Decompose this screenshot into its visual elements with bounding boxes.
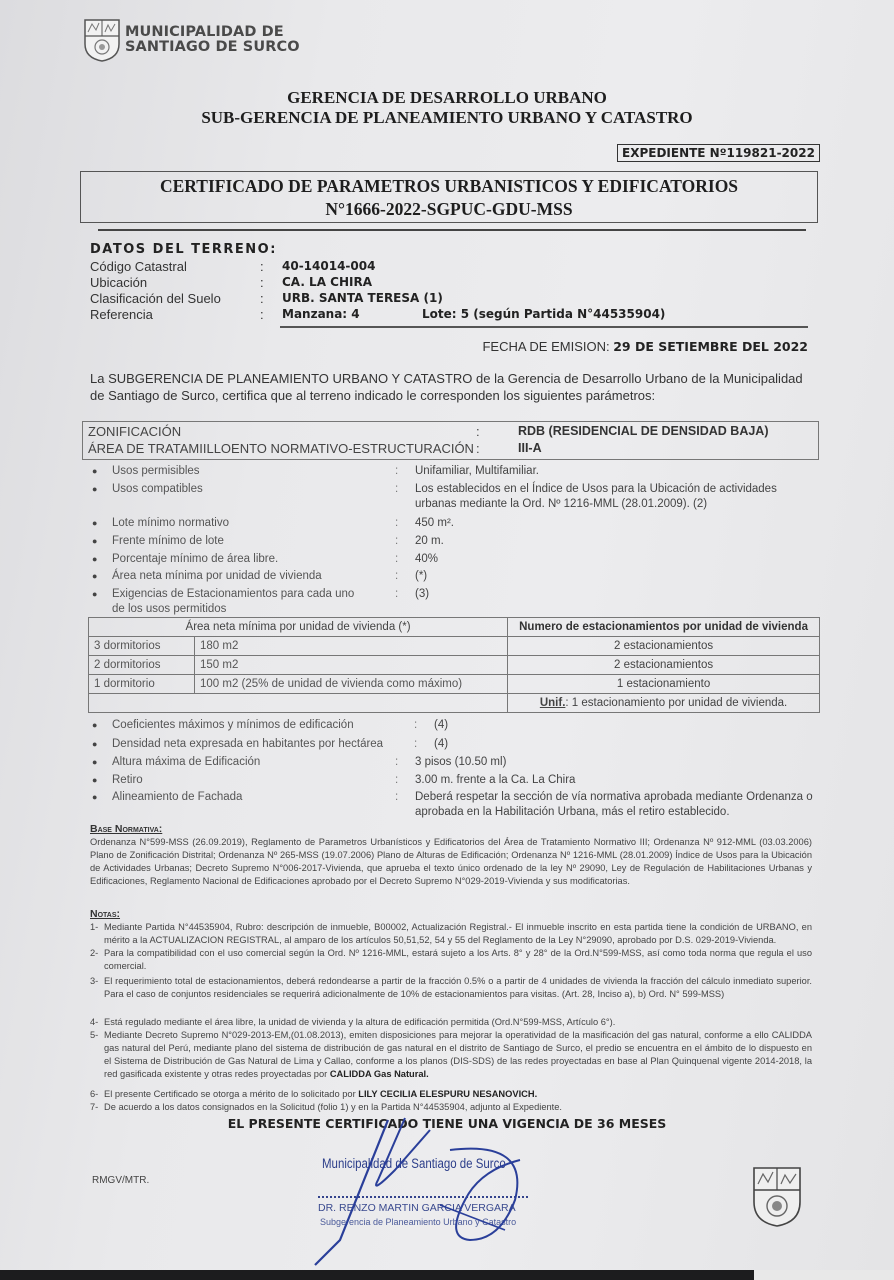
nota-text: Está regulado mediante el área libre, la… xyxy=(104,1016,812,1029)
param-value: 3 pisos (10.50 ml) xyxy=(415,755,815,770)
param-label: Área neta mínima por unidad de vivienda xyxy=(112,569,395,584)
param-row: ●Retiro:3.00 m. frente a la Ca. La Chira xyxy=(92,773,815,788)
param-label: Coeficientes máximos y mínimos de edific… xyxy=(112,718,414,733)
unif-text: : 1 estacionamiento por unidad de vivien… xyxy=(565,697,787,709)
param-label: Densidad neta expresada en habitantes po… xyxy=(112,737,414,752)
table-cell-est: 2 estacionamientos xyxy=(508,637,820,656)
table-header-estacionamientos: Numero de estacionamientos por unidad de… xyxy=(508,618,820,637)
param-label: Alineamiento de Fachada xyxy=(112,790,395,820)
nota-number: 6- xyxy=(90,1088,104,1101)
nota-item: 2- Para la compatibilidad con el uso com… xyxy=(90,947,812,973)
nota-item: 4- Está regulado mediante el área libre,… xyxy=(90,1016,812,1029)
nota-item: 6- El presente Certificado se otorga a m… xyxy=(90,1088,812,1101)
certificate-number: N°1666-2022-SGPUC-GDU-MSS xyxy=(80,199,818,220)
nota-text: Para la compatibilidad con el uso comerc… xyxy=(104,947,812,973)
field-value: 40-14014-004 xyxy=(282,259,375,274)
gerencia-heading: GERENCIA DE DESARROLLO URBANO xyxy=(0,88,894,108)
table-header-area: Área neta mínima por unidad de vivienda … xyxy=(89,618,508,637)
param-row: ●Alineamiento de Fachada:Deberá respetar… xyxy=(92,790,825,820)
intro-paragraph: La SUBGERENCIA DE PLANEAMIENTO URBANO Y … xyxy=(90,370,810,404)
param-label: Altura máxima de Edificación xyxy=(112,755,395,770)
table-cell-est: 1 estacionamiento xyxy=(508,675,820,694)
initials: RMGV/MTR. xyxy=(92,1175,149,1186)
table-row-unifamiliar: Unif.: 1 estacionamiento por unidad de v… xyxy=(89,694,820,713)
coat-of-arms-icon xyxy=(752,1166,802,1228)
nota-number: 2- xyxy=(90,947,104,973)
param-value: 20 m. xyxy=(415,534,815,549)
param-value: Unifamiliar, Multifamiliar. xyxy=(415,464,815,479)
nota-item: 3- El requerimiento total de estacionami… xyxy=(90,975,812,1001)
table-cell-area: 180 m2 xyxy=(195,637,508,656)
field-label: Referencia xyxy=(90,307,260,322)
param-row: ●Usos compatibles:Los establecidos en el… xyxy=(92,482,815,512)
param-label: Porcentaje mínimo de área libre. xyxy=(112,552,395,567)
table-cell-area: 100 m2 (25% de unidad de vivienda como m… xyxy=(195,675,508,694)
nota-text: El requerimiento total de estacionamient… xyxy=(104,975,812,1001)
field-label: Ubicación xyxy=(90,275,260,290)
nota-text: Mediante Decreto Supremo N°029-2013-EM,(… xyxy=(104,1030,812,1079)
param-row: ●Frente mínimo de lote:20 m. xyxy=(92,534,815,549)
fecha-label: FECHA DE EMISION: xyxy=(482,339,609,354)
area-tratamiento-row: ÁREA DE TRATAMIILLOENTO NORMATIVO-ESTRUC… xyxy=(88,441,542,456)
nota-bold: CALIDDA Gas Natural. xyxy=(330,1069,429,1079)
param-value: 450 m². xyxy=(415,516,815,531)
base-normativa-text: Ordenanza N°599-MSS (26.09.2019), Reglam… xyxy=(90,836,812,888)
param-row: ●Lote mínimo normativo:450 m². xyxy=(92,516,815,531)
estacionamientos-table: Área neta mínima por unidad de vivienda … xyxy=(88,617,820,713)
fecha-emision: FECHA DE EMISION: 29 DE SETIEMBRE DEL 20… xyxy=(482,339,808,354)
handwritten-signature-icon xyxy=(300,1110,560,1270)
table-cell-tipo: 3 dormitorios xyxy=(89,637,195,656)
table-cell-tipo: 2 dormitorios xyxy=(89,656,195,675)
nota-item: 1- Mediante Partida N°44535904, Rubro: d… xyxy=(90,921,812,947)
zonificacion-row: ZONIFICACIÓN : RDB (RESIDENCIAL DE DENSI… xyxy=(88,424,768,439)
param-value: 3.00 m. frente a la Ca. La Chira xyxy=(415,773,815,788)
divider xyxy=(98,229,806,231)
param-value: (4) xyxy=(434,718,834,733)
municipality-name-line1: MUNICIPALIDAD DE xyxy=(125,25,300,40)
nota-item: 5- Mediante Decreto Supremo N°029-2013-E… xyxy=(90,1029,812,1081)
terreno-row-referencia: Referencia : Manzana: 4 Lote: 5 (según P… xyxy=(90,307,665,322)
nota-number: 4- xyxy=(90,1016,104,1029)
zonificacion-label: ZONIFICACIÓN xyxy=(88,424,476,439)
param-label: Frente mínimo de lote xyxy=(112,534,395,549)
nota-number: 1- xyxy=(90,921,104,947)
terreno-row-codigo: Código Catastral : 40-14014-004 xyxy=(90,259,375,274)
nota-bold: LILY CECILIA ELESPURU NESANOVICH. xyxy=(358,1089,537,1099)
municipality-logo: MUNICIPALIDAD DE SANTIAGO DE SURCO xyxy=(83,18,300,62)
param-row: ●Coeficientes máximos y mínimos de edifi… xyxy=(92,718,834,733)
nota-number: 5- xyxy=(90,1029,104,1081)
photo-background-edge xyxy=(0,1270,894,1280)
fecha-value: 29 DE SETIEMBRE DEL 2022 xyxy=(613,339,808,354)
table-row: 3 dormitorios 180 m2 2 estacionamientos xyxy=(89,637,820,656)
param-value: 40% xyxy=(415,552,815,567)
zonificacion-value: RDB (RESIDENCIAL DE DENSIDAD BAJA) xyxy=(518,424,768,439)
table-cell-unif: Unif.: 1 estacionamiento por unidad de v… xyxy=(508,694,820,713)
param-row: ●Área neta mínima por unidad de vivienda… xyxy=(92,569,815,584)
param-row: ●Altura máxima de Edificación:3 pisos (1… xyxy=(92,755,815,770)
terreno-row-ubicacion: Ubicación : CA. LA CHIRA xyxy=(90,275,372,290)
nota-text: El presente Certificado se otorga a méri… xyxy=(104,1089,356,1099)
param-row: ●Densidad neta expresada en habitantes p… xyxy=(92,737,834,752)
municipality-name-line2: SANTIAGO DE SURCO xyxy=(125,40,300,55)
unif-label: Unif. xyxy=(540,697,566,709)
field-value: URB. SANTA TERESA (1) xyxy=(282,291,443,306)
param-value: Deberá respetar la sección de vía normat… xyxy=(415,790,825,820)
field-value-lote: Lote: 5 (según Partida N°44535904) xyxy=(422,307,665,322)
nota-text: Mediante Partida N°44535904, Rubro: desc… xyxy=(104,921,812,947)
param-label: Retiro xyxy=(112,773,395,788)
expediente-number: EXPEDIENTE Nº119821-2022 xyxy=(617,144,820,162)
nota-number: 7- xyxy=(90,1101,104,1114)
table-cell-est: 2 estacionamientos xyxy=(508,656,820,675)
field-label: Clasificación del Suelo xyxy=(90,291,260,306)
terreno-row-clasificacion: Clasificación del Suelo : URB. SANTA TER… xyxy=(90,291,443,306)
param-value: (4) xyxy=(434,737,834,752)
table-cell-area: 150 m2 xyxy=(195,656,508,675)
param-label: Usos permisibles xyxy=(112,464,395,479)
table-row: 2 dormitorios 150 m2 2 estacionamientos xyxy=(89,656,820,675)
certificate-title: CERTIFICADO DE PARAMETROS URBANISTICOS Y… xyxy=(80,176,818,197)
base-normativa-title: Base Normativa: xyxy=(90,823,162,835)
nota-number: 3- xyxy=(90,975,104,1001)
param-value: (*) xyxy=(415,569,815,584)
param-label: Exigencias de Estacionamientos para cada… xyxy=(112,587,362,617)
field-value-manzana: Manzana: 4 xyxy=(282,307,422,322)
area-tratamiento-value: III-A xyxy=(518,441,542,456)
field-label: Código Catastral xyxy=(90,259,260,274)
param-row: ●Exigencias de Estacionamientos para cad… xyxy=(92,587,815,617)
param-row: ●Usos permisibles:Unifamiliar, Multifami… xyxy=(92,464,815,479)
subgerencia-heading: SUB-GERENCIA DE PLANEAMIENTO URBANO Y CA… xyxy=(0,108,894,128)
terreno-section-title: DATOS DEL TERRENO: xyxy=(90,242,277,257)
param-value: (3) xyxy=(415,587,815,617)
table-header-row: Área neta mínima por unidad de vivienda … xyxy=(89,618,820,637)
table-cell-tipo: 1 dormitorio xyxy=(89,675,195,694)
param-label: Lote mínimo normativo xyxy=(112,516,395,531)
field-value: CA. LA CHIRA xyxy=(282,275,372,290)
coat-of-arms-icon xyxy=(83,18,121,62)
param-label: Usos compatibles xyxy=(112,482,395,512)
table-row: 1 dormitorio 100 m2 (25% de unidad de vi… xyxy=(89,675,820,694)
param-row: ●Porcentaje mínimo de área libre.:40% xyxy=(92,552,815,567)
param-value: Los establecidos en el Índice de Usos pa… xyxy=(415,482,815,512)
divider xyxy=(280,326,808,328)
area-tratamiento-label: ÁREA DE TRATAMIILLOENTO NORMATIVO-ESTRUC… xyxy=(88,441,476,456)
notas-title: Notas: xyxy=(90,908,120,920)
